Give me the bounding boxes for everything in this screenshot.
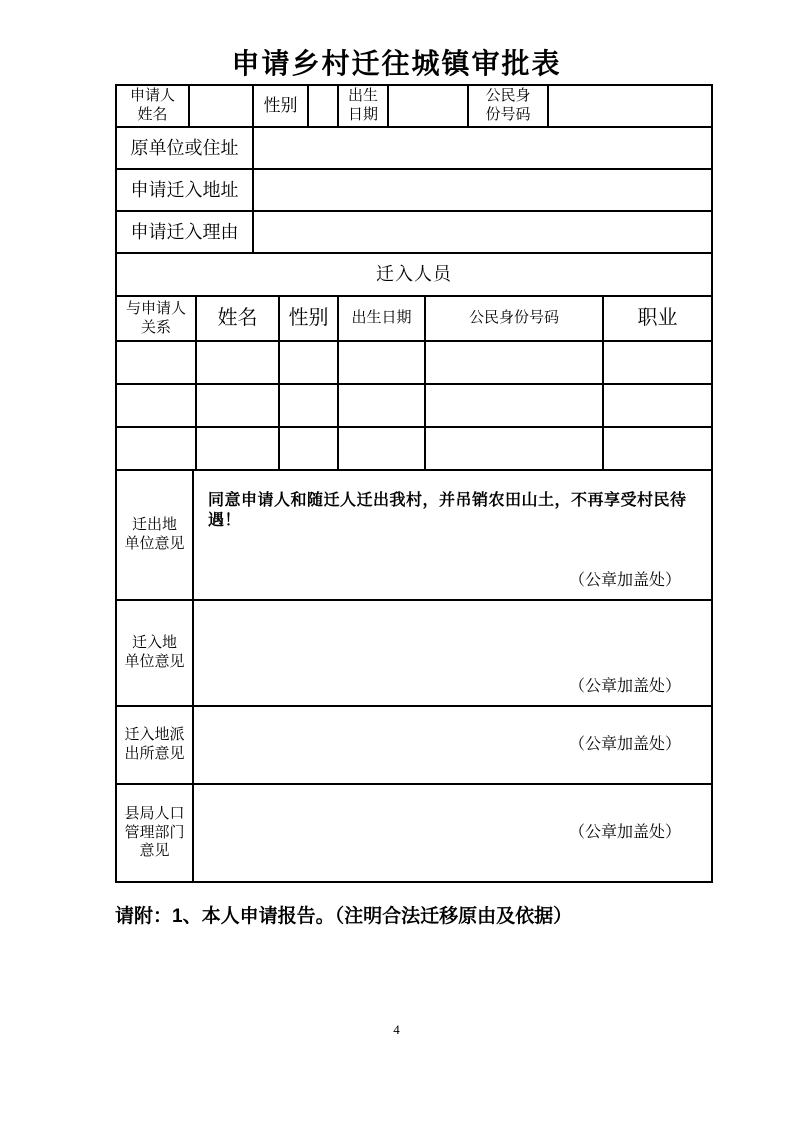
migrants-section-band: 迁入人员 — [117, 252, 711, 295]
migrant-row — [117, 426, 711, 469]
county-bureau-seal-note: （公章加盖处） — [569, 823, 711, 843]
citizen-id-value — [547, 86, 711, 126]
county-bureau-opinion-content: （公章加盖处） — [192, 785, 711, 881]
col-citizen-id: 公民身份号码 — [424, 297, 602, 340]
migrant-occupation — [602, 342, 711, 383]
col-name: 姓名 — [195, 297, 278, 340]
applicant-row: 申请人 姓名 性别 出生 日期 公民身 份号码 — [117, 86, 711, 126]
page-number: 4 — [0, 1022, 793, 1038]
applicant-name-value — [188, 86, 252, 126]
attachment-note: 请附：1、本人申请报告。（注明合法迁移原由及依据） — [115, 901, 572, 928]
migrant-gender — [278, 385, 337, 426]
move-in-reason-label: 申请迁入理由 — [117, 212, 252, 252]
migrant-relation — [117, 342, 195, 383]
move-in-reason-value — [252, 212, 711, 252]
police-station-opinion-label: 迁入地派 出所意见 — [117, 707, 192, 783]
migrant-citizen-id — [424, 342, 602, 383]
destination-unit-opinion-row: 迁入地 单位意见 （公章加盖处） — [117, 599, 711, 705]
origin-unit-opinion-statement: 同意申请人和随迁人迁出我村，并吊销农田山土，不再享受村民待遇！ — [194, 471, 711, 531]
birth-date-value — [387, 86, 467, 126]
original-unit-row: 原单位或住址 — [117, 126, 711, 168]
move-in-address-label: 申请迁入地址 — [117, 170, 252, 210]
migrant-relation — [117, 385, 195, 426]
move-in-address-value — [252, 170, 711, 210]
migrant-occupation — [602, 428, 711, 469]
county-bureau-opinion-label: 县局人口 管理部门 意见 — [117, 785, 192, 881]
move-in-address-row: 申请迁入地址 — [117, 168, 711, 210]
county-bureau-opinion-row: 县局人口 管理部门 意见 （公章加盖处） — [117, 783, 711, 881]
col-birth-date: 出生日期 — [337, 297, 424, 340]
migrants-section-title: 迁入人员 — [117, 254, 711, 295]
migrant-citizen-id — [424, 385, 602, 426]
original-unit-label: 原单位或住址 — [117, 128, 252, 168]
police-station-opinion-row: 迁入地派 出所意见 （公章加盖处） — [117, 705, 711, 783]
gender-label: 性别 — [252, 86, 307, 126]
origin-unit-opinion-label: 迁出地 单位意见 — [117, 471, 192, 599]
citizen-id-label: 公民身 份号码 — [467, 86, 547, 126]
approval-form-table: 申请人 姓名 性别 出生 日期 公民身 份号码 原单位或住址 申请迁入地址 申请… — [115, 84, 713, 883]
police-station-seal-note: （公章加盖处） — [569, 735, 711, 755]
document-page: 申请乡村迁往城镇审批表 申请人 姓名 性别 出生 日期 公民身 份号码 原单位或… — [0, 0, 793, 1122]
destination-unit-opinion-statement — [194, 601, 711, 621]
birth-date-label: 出生 日期 — [337, 86, 387, 126]
migrant-birth-date — [337, 342, 424, 383]
migrant-citizen-id — [424, 428, 602, 469]
migrants-header-row: 与申请人 关系 姓名 性别 出生日期 公民身份号码 职业 — [117, 295, 711, 340]
migrant-name — [195, 428, 278, 469]
destination-unit-seal-note: （公章加盖处） — [569, 677, 711, 705]
migrant-name — [195, 385, 278, 426]
col-relation: 与申请人 关系 — [117, 297, 195, 340]
migrant-relation — [117, 428, 195, 469]
migrant-row — [117, 340, 711, 383]
applicant-name-label: 申请人 姓名 — [117, 86, 188, 126]
col-occupation: 职业 — [602, 297, 711, 340]
migrant-occupation — [602, 385, 711, 426]
original-unit-value — [252, 128, 711, 168]
origin-unit-seal-note: （公章加盖处） — [569, 571, 711, 599]
destination-unit-opinion-content: （公章加盖处） — [192, 601, 711, 705]
migrant-birth-date — [337, 385, 424, 426]
destination-unit-opinion-label: 迁入地 单位意见 — [117, 601, 192, 705]
migrant-name — [195, 342, 278, 383]
migrant-gender — [278, 342, 337, 383]
move-in-reason-row: 申请迁入理由 — [117, 210, 711, 252]
gender-value — [307, 86, 337, 126]
col-gender: 性别 — [278, 297, 337, 340]
migrant-row — [117, 383, 711, 426]
origin-unit-opinion-content: 同意申请人和随迁人迁出我村，并吊销农田山土，不再享受村民待遇！ （公章加盖处） — [192, 471, 711, 599]
migrant-birth-date — [337, 428, 424, 469]
origin-unit-opinion-row: 迁出地 单位意见 同意申请人和随迁人迁出我村，并吊销农田山土，不再享受村民待遇！… — [117, 469, 711, 599]
form-title: 申请乡村迁往城镇审批表 — [0, 42, 793, 82]
police-station-opinion-content: （公章加盖处） — [192, 707, 711, 783]
migrant-gender — [278, 428, 337, 469]
